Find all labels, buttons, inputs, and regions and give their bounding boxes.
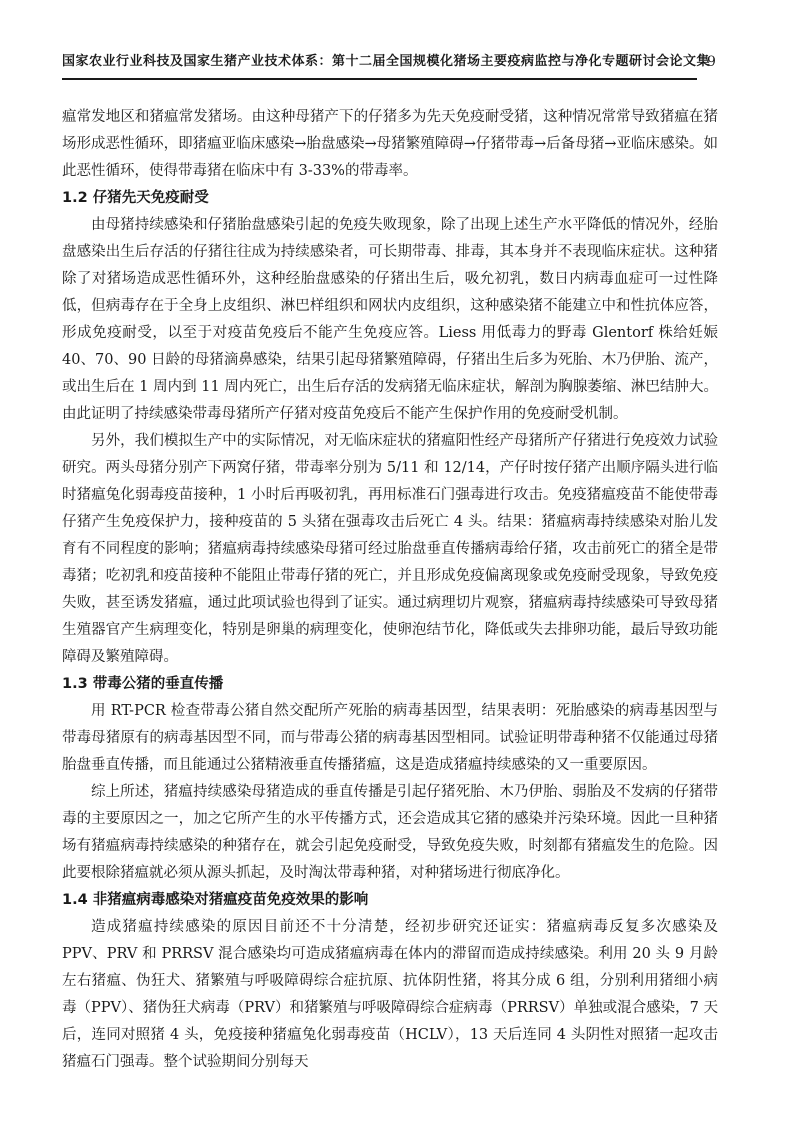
document-page: 国家农业行业科技及国家生猪产业技术体系：第十二届全国规模化猪场主要疫病监控与净化… <box>0 0 793 1122</box>
body-paragraph: 由母猪持续感染和仔猪胎盘感染引起的免疫失败现象，除了出现上述生产水平降低的情况外… <box>62 212 718 428</box>
body-paragraph: 综上所述，猪瘟持续感染母猪造成的垂直传播是引起仔猪死胎、木乃伊胎、弱胎及不发病的… <box>62 779 718 887</box>
section-heading-1-4: 1.4 非猪瘟病毒感染对猪瘟疫苗免疫效果的影响 <box>62 887 718 914</box>
body-paragraph: 造成猪瘟持续感染的原因目前还不十分清楚，经初步研究还证实：猪瘟病毒反复多次感染及… <box>62 914 718 1076</box>
header-rule: 国家农业行业科技及国家生猪产业技术体系：第十二届全国规模化猪场主要疫病监控与净化… <box>62 54 697 80</box>
document-body: 瘟常发地区和猪瘟常发猪场。由这种母猪产下的仔猪多为先天免疫耐受猪，这种情况常常导… <box>62 104 718 1076</box>
section-heading-1-3: 1.3 带毒公猪的垂直传播 <box>62 671 718 698</box>
header-title: 国家农业行业科技及国家生猪产业技术体系：第十二届全国规模化猪场主要疫病监控与净化… <box>62 54 697 70</box>
body-paragraph-continuation: 瘟常发地区和猪瘟常发猪场。由这种母猪产下的仔猪多为先天免疫耐受猪，这种情况常常导… <box>62 104 718 185</box>
section-heading-1-2: 1.2 仔猪先天免疫耐受 <box>62 185 718 212</box>
page-number: 9 <box>707 54 716 70</box>
body-paragraph: 另外，我们模拟生产中的实际情况，对无临床症状的猪瘟阳性经产母猪所产仔猪进行免疫效… <box>62 428 718 671</box>
page-header: 国家农业行业科技及国家生猪产业技术体系：第十二届全国规模化猪场主要疫病监控与净化… <box>62 54 733 80</box>
body-paragraph: 用 RT-PCR 检查带毒公猪自然交配所产死胎的病毒基因型，结果表明：死胎感染的… <box>62 698 718 779</box>
